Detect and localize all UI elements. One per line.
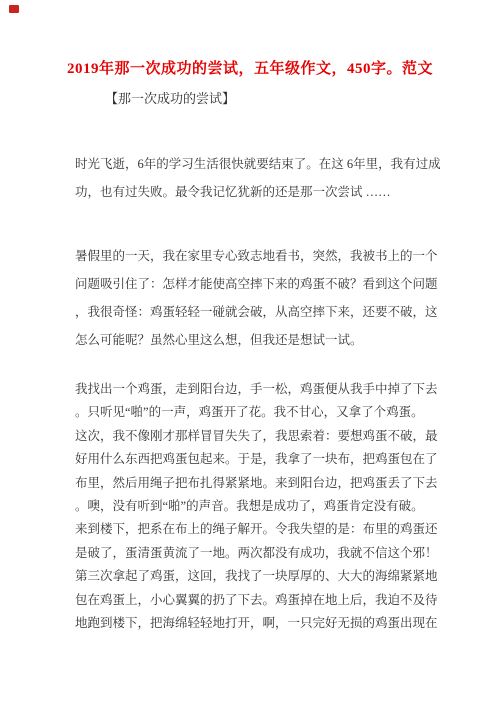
page-title: 2019年那一次成功的尝试，五年级作文，450字。范文 xyxy=(20,58,480,80)
text-line: 功，也有过失败。最令我记忆犹新的还是那一次尝试 …… xyxy=(75,178,440,206)
red-mark-icon xyxy=(9,5,19,13)
text-line: 好用什么东西把鸡蛋包起来。于是，我拿了一块布，把鸡蛋包在了 xyxy=(75,448,440,471)
text-line: 问题吸引住了：怎样才能使高空摔下来的鸡蛋不破？看到这个问题 xyxy=(75,270,440,298)
paragraph: 暑假里的一天，我在家里专心致志地看书，突然，我被书上的一个问题吸引住了：怎样才能… xyxy=(75,242,440,354)
text-line: 我找出一个鸡蛋，走到阳台边，手一松，鸡蛋便从我手中掉了下去 xyxy=(75,378,440,401)
paragraph: 我找出一个鸡蛋，走到阳台边，手一松，鸡蛋便从我手中掉了下去。只听见“啪”的一声，… xyxy=(75,378,440,635)
text-line: 。噢，没有听到“啪”的声音。我想是成功了，鸡蛋肯定没有破。 xyxy=(75,495,440,518)
paragraph: 时光飞逝，6年的学习生活很快就要结束了。在这 6年里，我有过成功，也有过失败。最… xyxy=(75,150,440,206)
text-line: 时光飞逝，6年的学习生活很快就要结束了。在这 6年里，我有过成 xyxy=(75,150,440,178)
text-line: ，我很奇怪：鸡蛋轻轻一碰就会破，从高空摔下来，还要不破，这 xyxy=(75,298,440,326)
document-page: 2019年那一次成功的尝试，五年级作文，450字。范文 【那一次成功的尝试】 时… xyxy=(0,0,500,707)
text-line: 第三次拿起了鸡蛋，这回，我找了一块厚厚的、大大的海绵紧紧地 xyxy=(75,565,440,588)
text-line: 包在鸡蛋上，小心翼翼的扔了下去。鸡蛋掉在地上后，我迫不及待 xyxy=(75,589,440,612)
essay-body: 时光飞逝，6年的学习生活很快就要结束了。在这 6年里，我有过成功，也有过失败。最… xyxy=(75,150,440,635)
text-line: 布里，然后用绳子把布扎得紧紧地。来到阳台边，把鸡蛋丢了下去 xyxy=(75,472,440,495)
text-line: 这次，我不像刚才那样冒冒失失了，我思索着：要想鸡蛋不破，最 xyxy=(75,425,440,448)
essay-subtitle: 【那一次成功的尝试】 xyxy=(105,90,500,108)
text-line: 地跑到楼下，把海绵轻轻地打开，啊，一只完好无损的鸡蛋出现在 xyxy=(75,612,440,635)
text-line: 来到楼下，把系在布上的绳子解开。令我失望的是：布里的鸡蛋还 xyxy=(75,518,440,541)
text-line: 怎么可能呢？虽然心里这么想，但我还是想试一试。 xyxy=(75,326,440,354)
text-line: 。只听见“啪”的一声，鸡蛋开了花。我不甘心，又拿了个鸡蛋。 xyxy=(75,401,440,424)
text-line: 暑假里的一天，我在家里专心致志地看书，突然，我被书上的一个 xyxy=(75,242,440,270)
text-line: 是破了，蛋清蛋黄流了一地。两次都没有成功，我就不信这个邪！ xyxy=(75,542,440,565)
